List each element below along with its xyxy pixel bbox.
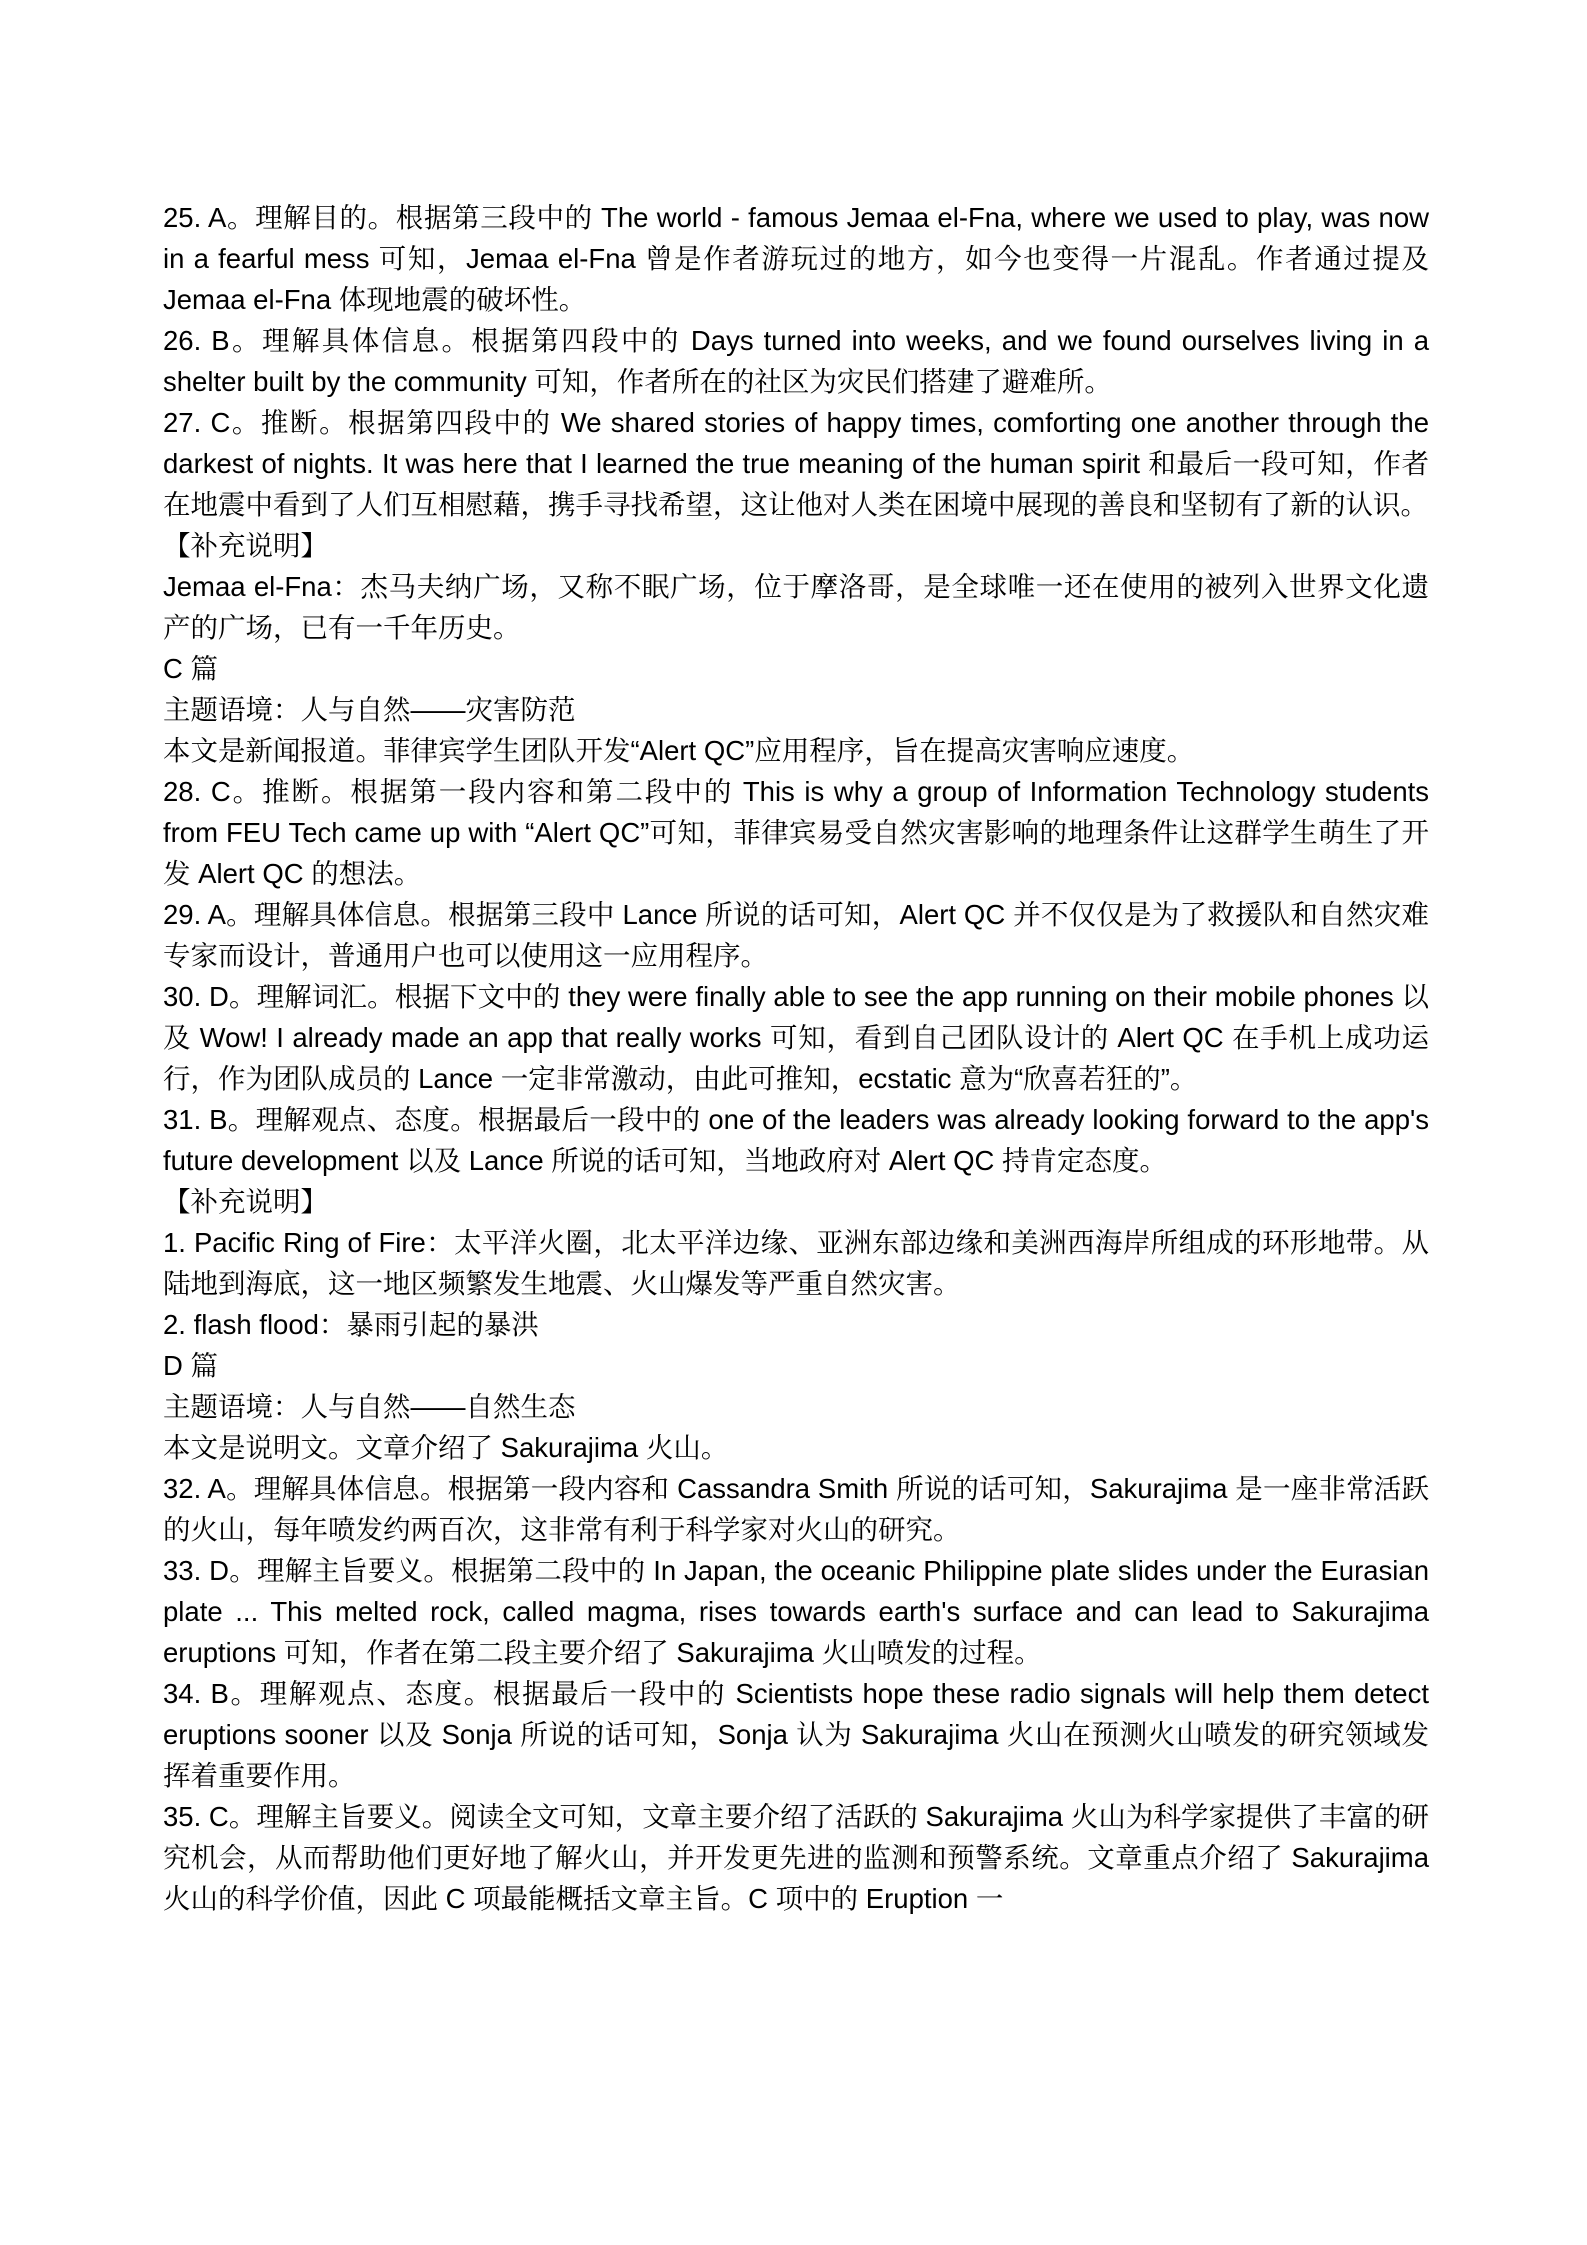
passage-summary-d: 本文是说明文。文章介绍了 Sakurajima 火山。	[163, 1427, 1429, 1468]
explanation-q32: 32. A。理解具体信息。根据第一段内容和 Cassandra Smith 所说…	[163, 1468, 1429, 1550]
explanation-q34: 34. B。理解观点、态度。根据最后一段中的 Scientists hope t…	[163, 1673, 1429, 1796]
supplement-note-pacific-ring-of-fire: 1. Pacific Ring of Fire：太平洋火圈，北太平洋边缘、亚洲东…	[163, 1222, 1429, 1304]
section-c-title: C 篇	[163, 648, 1429, 689]
supplement-header-b: 【补充说明】	[163, 525, 1429, 566]
theme-context-d: 主题语境：人与自然——自然生态	[163, 1386, 1429, 1427]
passage-summary-c: 本文是新闻报道。菲律宾学生团队开发“Alert QC”应用程序，旨在提高灾害响应…	[163, 730, 1429, 771]
explanation-q35: 35. C。理解主旨要义。阅读全文可知，文章主要介绍了活跃的 Sakurajim…	[163, 1796, 1429, 1919]
explanation-q27: 27. C。推断。根据第四段中的 We shared stories of ha…	[163, 402, 1429, 525]
section-d-title: D 篇	[163, 1345, 1429, 1386]
explanation-q31: 31. B。理解观点、态度。根据最后一段中的 one of the leader…	[163, 1099, 1429, 1181]
document-page: 25. A。理解目的。根据第三段中的 The world - famous Je…	[0, 0, 1587, 2245]
explanation-q29: 29. A。理解具体信息。根据第三段中 Lance 所说的话可知，Alert Q…	[163, 894, 1429, 976]
explanation-q26: 26. B。理解具体信息。根据第四段中的 Days turned into we…	[163, 320, 1429, 402]
explanation-q25: 25. A。理解目的。根据第三段中的 The world - famous Je…	[163, 197, 1429, 320]
supplement-note-flash-flood: 2. flash flood：暴雨引起的暴洪	[163, 1304, 1429, 1345]
explanation-q30: 30. D。理解词汇。根据下文中的 they were finally able…	[163, 976, 1429, 1099]
explanation-q28: 28. C。推断。根据第一段内容和第二段中的 This is why a gro…	[163, 771, 1429, 894]
theme-context-c: 主题语境：人与自然——灾害防范	[163, 689, 1429, 730]
supplement-header-c: 【补充说明】	[163, 1181, 1429, 1222]
supplement-note-jemaa-el-fna: Jemaa el-Fna：杰马夫纳广场，又称不眠广场，位于摩洛哥，是全球唯一还在…	[163, 566, 1429, 648]
explanation-q33: 33. D。理解主旨要义。根据第二段中的 In Japan, the ocean…	[163, 1550, 1429, 1673]
